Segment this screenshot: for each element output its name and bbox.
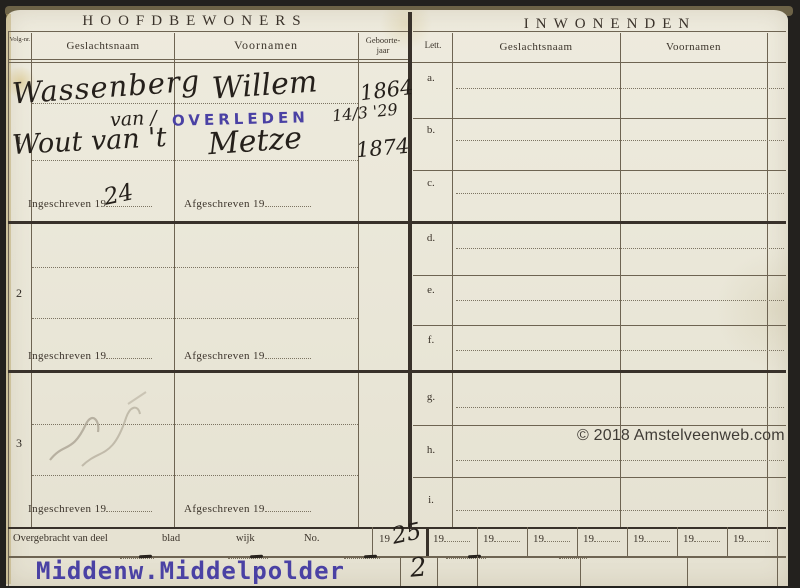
handwritten-stamp-number: 2: [409, 552, 428, 583]
writing-line: [456, 300, 784, 301]
year-cell: 19: [533, 533, 570, 545]
column-line: [174, 33, 175, 527]
header-underline: [8, 59, 408, 60]
year-cell: 19: [683, 533, 720, 545]
footer-cell-line: [777, 527, 778, 556]
year-prefix: 19: [433, 533, 444, 545]
footer-cell-line: [372, 527, 373, 556]
writing-line: [456, 248, 784, 249]
column-header-surname-left: Geslachtsnaam: [32, 40, 174, 52]
afgeschreven-label-1: Afgeschreven 19: [184, 198, 311, 210]
footer-cell-line: [577, 527, 578, 556]
letter-row-e: e.: [414, 284, 448, 296]
form-left-border: [8, 31, 9, 586]
footer-cell-line: [727, 527, 728, 556]
ingeschreven-text: Ingeschreven 19: [28, 503, 106, 515]
afgeschreven-label-2: Afgeschreven 19: [184, 350, 311, 362]
year-cell: 19: [433, 533, 470, 545]
year-cell: 19: [733, 533, 770, 545]
dotted-blank: [494, 541, 520, 542]
writing-line: [456, 193, 784, 194]
stamp-row-line-v: [777, 556, 778, 586]
letter-row-i: i.: [414, 494, 448, 506]
left-page-title: HOOFDBEWONERS: [30, 13, 360, 30]
year-prefix: 19: [683, 533, 694, 545]
row-line: [413, 325, 786, 326]
writing-line: [456, 407, 784, 408]
writing-line: [32, 475, 358, 476]
ink-mark: [364, 555, 377, 559]
dotted-blank: [106, 511, 152, 512]
letter-row-f: f.: [414, 334, 448, 346]
row-number: 3: [9, 436, 29, 451]
dotted-blank: [594, 541, 620, 542]
year-prefix: 19: [583, 533, 594, 545]
row-line: [413, 170, 786, 171]
footer-cell-line: [677, 527, 678, 556]
stamp-row-line-v: [580, 556, 581, 586]
afgeschreven-text: Afgeschreven 19: [184, 198, 265, 210]
letter-row-g: g.: [414, 391, 448, 403]
row-line: [413, 275, 786, 276]
writing-line: [456, 350, 784, 351]
row-number: 2: [9, 286, 29, 301]
dotted-blank: [559, 558, 587, 559]
stamp-row-line-v: [400, 556, 401, 586]
footer-cell-line: [627, 527, 628, 556]
ingeschreven-text: Ingeschreven 19: [28, 198, 106, 210]
handwritten-firstnames-2: Metze: [207, 121, 303, 162]
writing-line: [32, 160, 358, 161]
row-line: [413, 477, 786, 478]
dotted-blank: [265, 358, 311, 359]
column-line: [452, 33, 453, 527]
ingeschreven-label-3: Ingeschreven 19: [28, 503, 152, 515]
year-prefix: 19: [483, 533, 494, 545]
header-line: [8, 31, 408, 32]
column-header-firstnames-left: Voornamen: [174, 38, 358, 53]
handwritten-firstnames-1: Willem: [211, 64, 318, 106]
letter-row-a: a.: [414, 72, 448, 84]
year-cell: 19: [483, 533, 520, 545]
dotted-blank: [694, 541, 720, 542]
block-separator: [8, 221, 786, 224]
column-header-birthyear: Geboorte-jaar: [360, 35, 406, 55]
dotted-blank: [544, 541, 570, 542]
dotted-blank: [106, 358, 152, 359]
handwritten-birthyear-2: 1874: [355, 134, 410, 163]
dotted-blank: [265, 511, 311, 512]
column-header-surname-right: Geslachtsnaam: [452, 41, 620, 53]
column-line: [620, 33, 621, 527]
pencil-scribble: [42, 382, 172, 474]
writing-line: [456, 88, 784, 89]
dotted-blank: [344, 558, 380, 559]
dotted-blank: [446, 558, 486, 559]
letter-row-d: d.: [414, 232, 448, 244]
footer-cell-line: [477, 527, 478, 556]
ingeschreven-text: Ingeschreven 19: [28, 350, 106, 362]
dotted-blank: [644, 541, 670, 542]
year-cell: 19: [583, 533, 620, 545]
year-cell-first: 19: [379, 533, 390, 545]
afgeschreven-label-3: Afgeschreven 19: [184, 503, 311, 515]
row-line: [413, 425, 786, 426]
footer-cell-line: [527, 527, 528, 556]
row-line: [413, 118, 786, 119]
column-header-firstnames-right: Voornamen: [620, 41, 767, 53]
overgebracht-wijk-label: wijk: [236, 533, 255, 544]
stamp-row-line-v: [477, 556, 478, 586]
column-header-volgnr: Volg-nr.: [9, 36, 31, 44]
middelpolder-stamp: Middenw.Middelpolder: [36, 557, 345, 585]
writing-line: [456, 460, 784, 461]
afgeschreven-text: Afgeschreven 19: [184, 503, 265, 515]
column-line: [767, 33, 768, 527]
writing-line: [456, 140, 784, 141]
writing-line: [456, 510, 784, 511]
writing-line: [32, 267, 358, 268]
header-underline: [8, 62, 786, 63]
overgebracht-no-label: No.: [304, 533, 319, 544]
year-cell: 19: [633, 533, 670, 545]
ink-mark: [468, 555, 481, 559]
letter-row-b: b.: [414, 124, 448, 136]
letter-row-h: h.: [414, 444, 448, 456]
block-separator: [8, 370, 786, 373]
dotted-blank: [744, 541, 770, 542]
column-header-letter: Lett.: [414, 40, 452, 50]
right-page-title: INWONENDEN: [450, 16, 770, 33]
year-prefix: 19: [533, 533, 544, 545]
copyright-watermark: © 2018 Amstelveenweb.com: [577, 427, 785, 445]
letter-row-c: c.: [414, 177, 448, 189]
year-prefix: 19: [633, 533, 644, 545]
year-prefix: 19: [733, 533, 744, 545]
overgebracht-deel-label: Overgebracht van deel: [13, 533, 108, 544]
dotted-blank: [265, 206, 311, 207]
footer-divider: [426, 527, 429, 556]
ingeschreven-label-2: Ingeschreven 19: [28, 350, 152, 362]
afgeschreven-text: Afgeschreven 19: [184, 350, 265, 362]
stamp-row-line-v: [437, 556, 438, 586]
dotted-blank: [444, 541, 470, 542]
stamp-row-line-v: [687, 556, 688, 586]
writing-line: [32, 318, 358, 319]
overgebracht-blad-label: blad: [162, 533, 180, 544]
register-page-photo: HOOFDBEWONERS INWONENDEN Volg-nr. Geslac…: [0, 0, 800, 588]
